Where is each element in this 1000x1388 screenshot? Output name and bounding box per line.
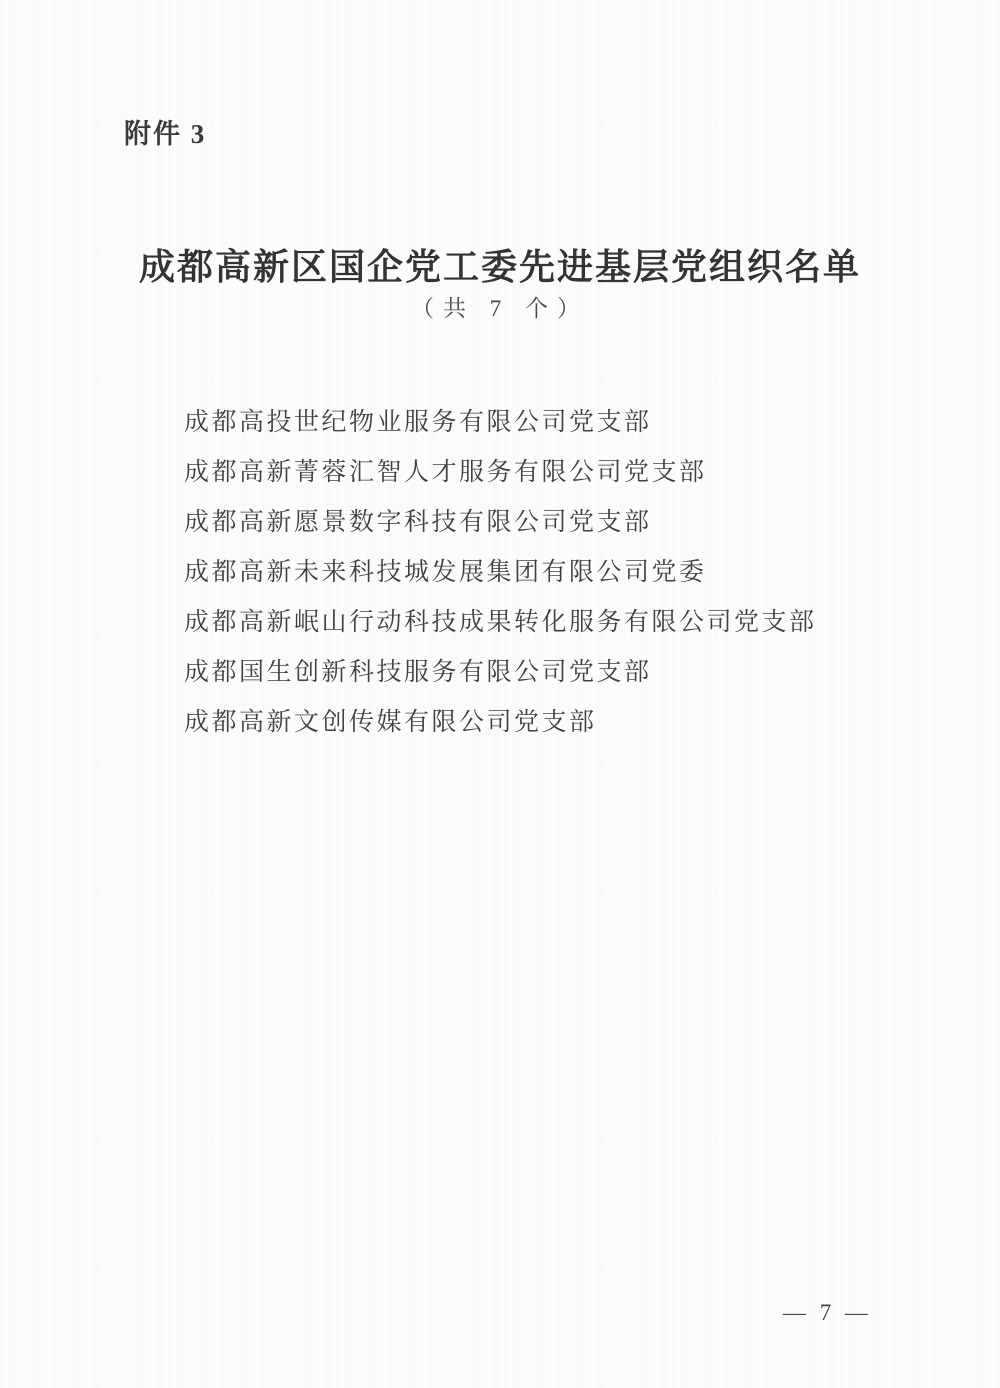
attachment-label: 附件 3: [124, 112, 206, 151]
list-item: 成都高新文创传媒有限公司党支部: [184, 698, 900, 748]
scanned-document-page: 附件 3 成都高新区国企党工委先进基层党组织名单 （共 7 个） 成都高投世纪物…: [0, 0, 1000, 1388]
page-number: — 7 —: [783, 1300, 872, 1326]
list-item: 成都高新愿景数字科技有限公司党支部: [184, 498, 900, 548]
list-item: 成都高新菁蓉汇智人才服务有限公司党支部: [184, 448, 900, 498]
list-item: 成都高投世纪物业服务有限公司党支部: [184, 398, 900, 448]
organization-list: 成都高投世纪物业服务有限公司党支部 成都高新菁蓉汇智人才服务有限公司党支部 成都…: [184, 398, 900, 748]
list-item: 成都国生创新科技服务有限公司党支部: [184, 648, 900, 698]
list-item: 成都高新岷山行动科技成果转化服务有限公司党支部: [184, 598, 900, 648]
page-title: 成都高新区国企党工委先进基层党组织名单: [0, 239, 1000, 290]
page-subtitle-count: （共 7 个）: [0, 290, 1000, 323]
list-item: 成都高新未来科技城发展集团有限公司党委: [184, 548, 900, 598]
